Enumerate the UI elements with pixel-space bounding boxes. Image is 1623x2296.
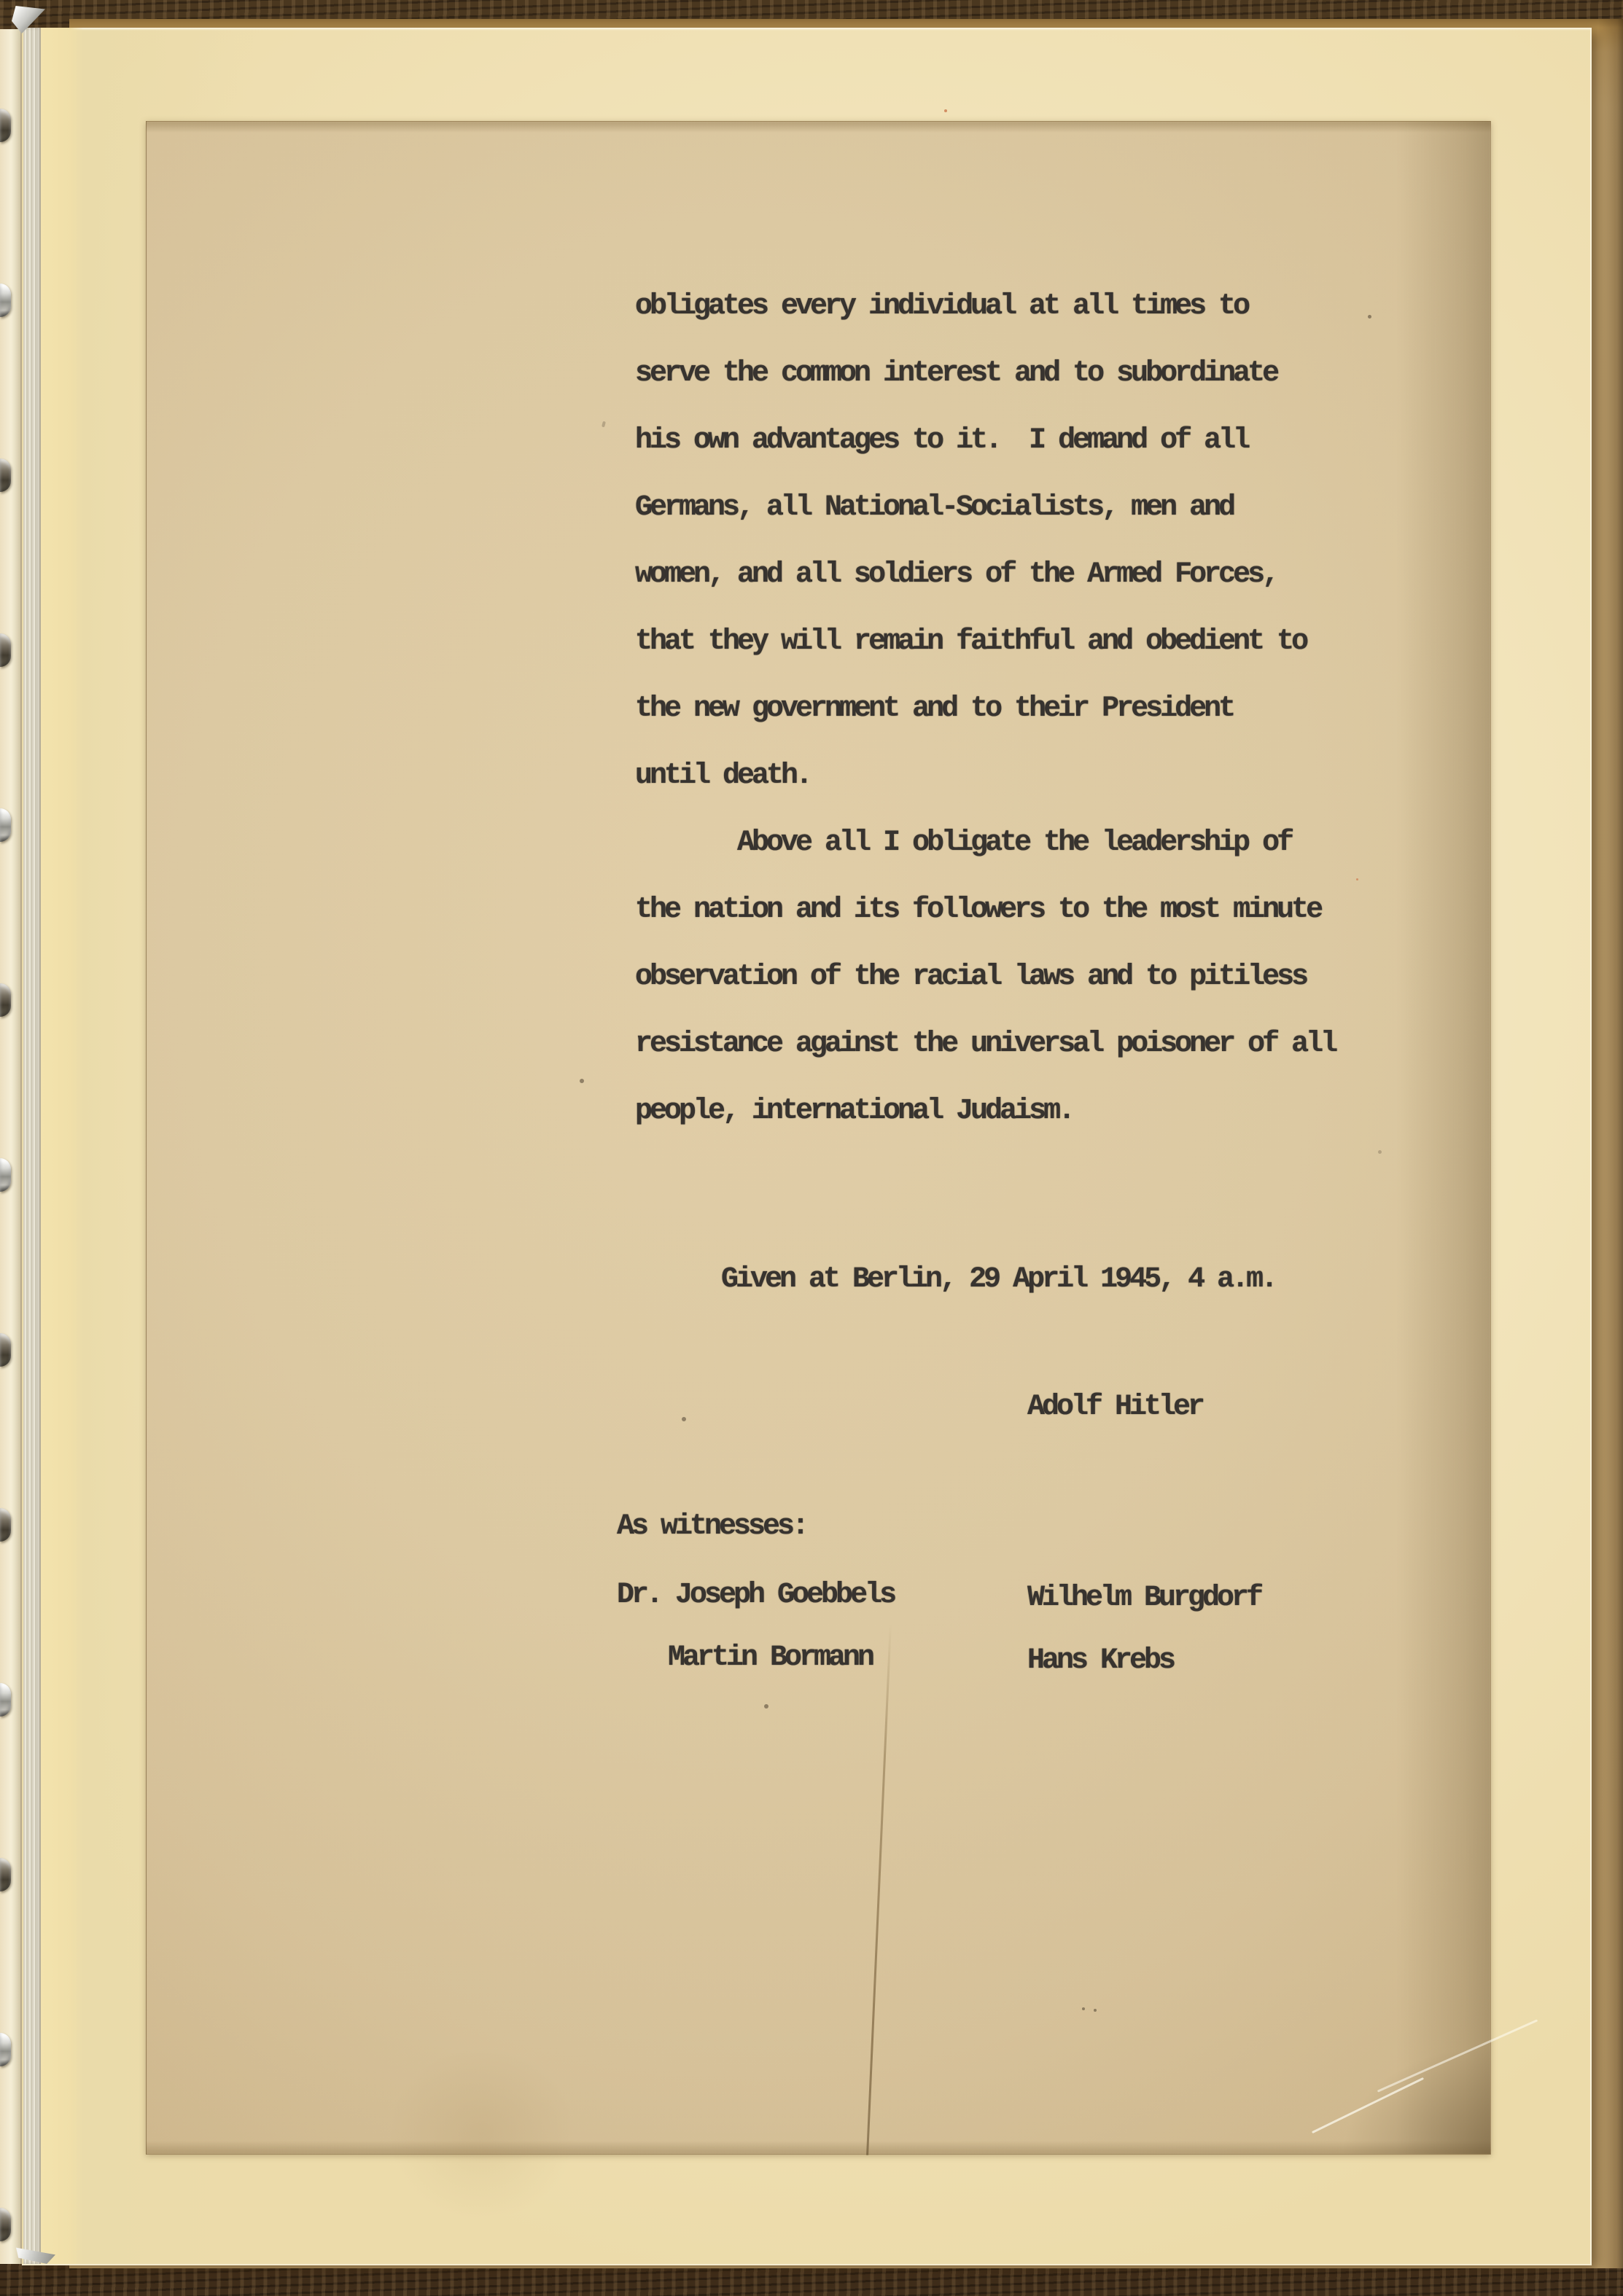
typewritten-document: obligates every individual at all times … <box>146 121 1491 2155</box>
document-line: resistance against the universal poisone… <box>635 1011 1335 1078</box>
document-line: the nation and its followers to the most… <box>635 877 1320 944</box>
dateline: Given at Berlin, 29 April 1945, 4 a.m. <box>721 1246 1275 1313</box>
witness-name: Hans Krebs <box>1027 1628 1173 1695</box>
witness-name: Wilhelm Burgdorf <box>1027 1565 1261 1632</box>
document-line: the new government and to their Presiden… <box>635 676 1233 743</box>
ink-speck <box>580 1079 584 1083</box>
document-line: until death. <box>635 743 810 810</box>
document-line: Germans, all National-Socialists, men an… <box>635 475 1233 542</box>
ink-speck <box>1368 315 1371 319</box>
ink-speck <box>1094 2009 1097 2012</box>
document-line: that they will remain faithful and obedi… <box>635 609 1306 676</box>
document-line: his own advantages to it. I demand of al… <box>635 407 1248 475</box>
crease-mark <box>866 1623 892 2155</box>
ink-speck <box>944 109 947 112</box>
document-line: obligates every individual at all times … <box>635 273 1248 340</box>
witness-name: Dr. Joseph Goebbels <box>617 1562 894 1629</box>
corner-smudge <box>1330 2037 1490 2154</box>
ink-speck <box>682 1417 686 1421</box>
paper-stain <box>387 2046 577 2221</box>
ink-speck <box>1378 1150 1382 1154</box>
document-line: Above all I obligate the leadership of <box>635 810 1291 877</box>
document-line: people, international Judaism. <box>635 1078 1073 1145</box>
witness-name: Martin Bormann <box>668 1625 872 1692</box>
ink-speck <box>1082 2007 1085 2010</box>
document-line: observation of the racial laws and to pi… <box>635 944 1306 1011</box>
ink-speck <box>764 1704 768 1709</box>
page-edge-stack <box>0 29 22 2264</box>
page-edge-band <box>41 28 83 2264</box>
document-line: serve the common interest and to subordi… <box>635 340 1277 407</box>
document-line: women, and all soldiers of the Armed For… <box>635 542 1277 609</box>
witnesses-label: As witnesses: <box>617 1493 806 1561</box>
signature-name: Adolf Hitler <box>1027 1374 1202 1441</box>
scanned-book-page: obligates every individual at all times … <box>0 0 1623 2296</box>
ink-speck <box>1356 878 1358 880</box>
spine-cloth-strip <box>23 28 41 2264</box>
